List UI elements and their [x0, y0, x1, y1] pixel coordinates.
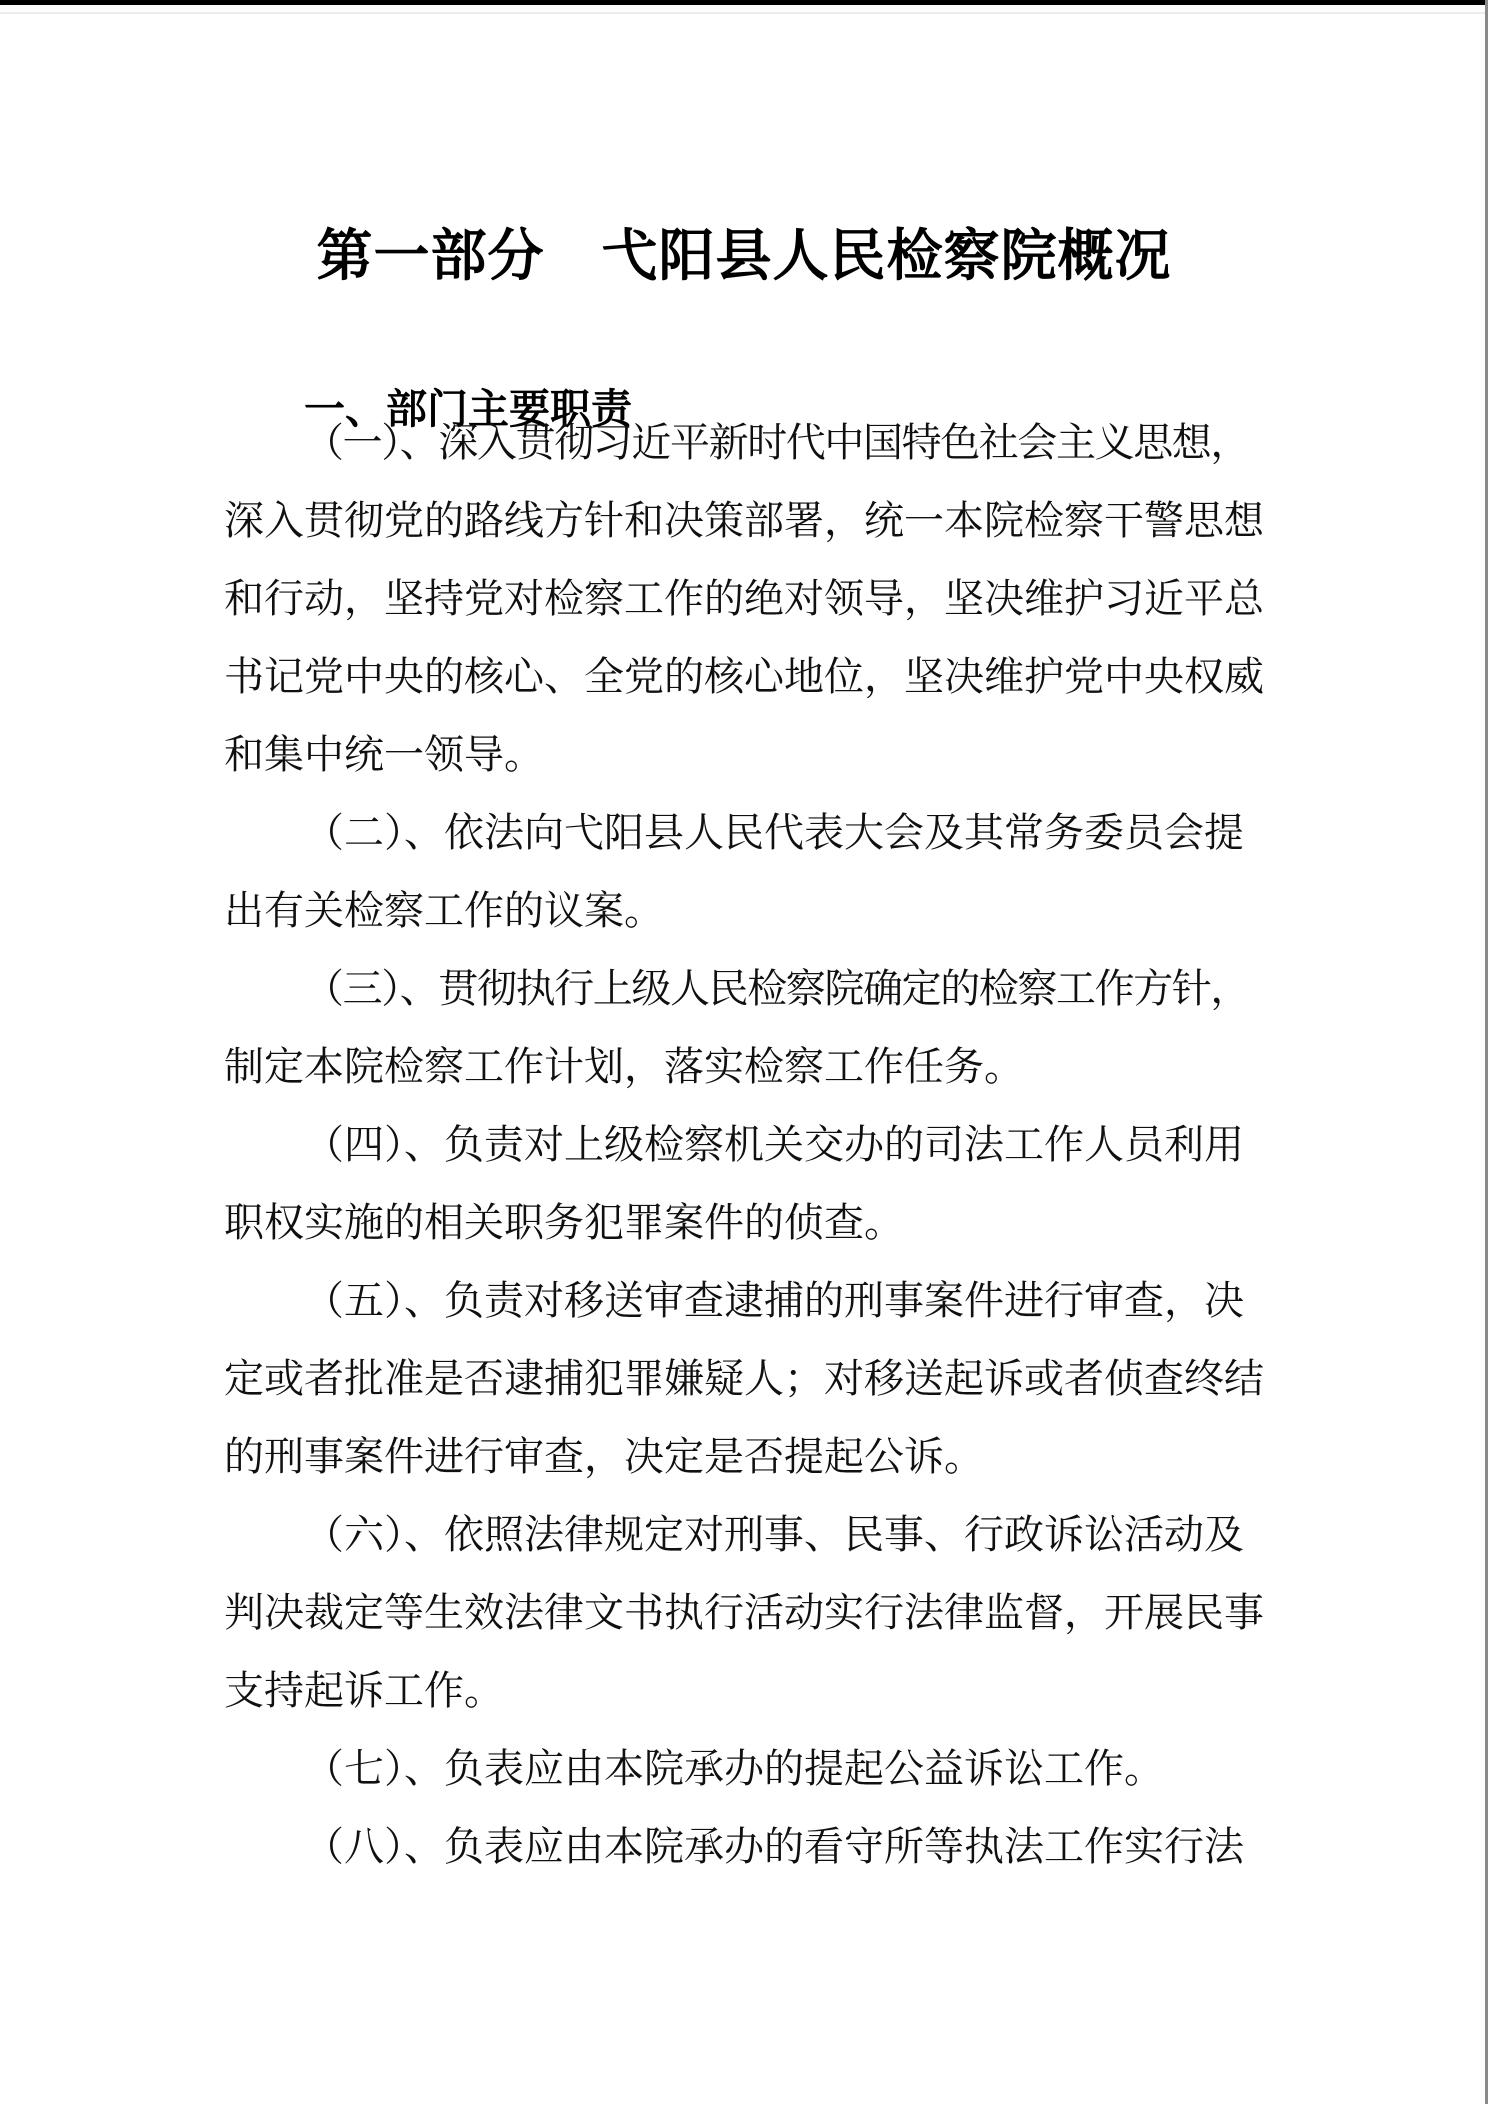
- text-line: 判决裁定等生效法律文书执行活动实行法律监督，开展民事: [224, 1574, 1268, 1652]
- text-line: 出有关检察工作的议案。: [224, 872, 1268, 950]
- text-line: （六）、依照法律规定对刑事、民事、行政诉讼活动及: [224, 1496, 1268, 1574]
- text-line: 支持起诉工作。: [224, 1652, 1268, 1730]
- page-title: 第一部分 弋阳县人民检察院概况: [0, 224, 1488, 290]
- scan-edge-top: [0, 0, 1488, 5]
- text-line: 和集中统一领导。: [224, 716, 1268, 794]
- text-line: 书记党中央的核心、全党的核心地位，坚决维护党中央权威: [224, 638, 1268, 716]
- text-line: 定或者批准是否逮捕犯罪嫌疑人；对移送起诉或者侦查终结: [224, 1340, 1268, 1418]
- text-line: 深入贯彻党的路线方针和决策部署，统一本院检察干警思想: [224, 482, 1268, 560]
- text-line: 职权实施的相关职务犯罪案件的侦查。: [224, 1184, 1268, 1262]
- text-line: （三）、贯彻执行上级人民检察院确定的检察工作方针，: [224, 950, 1268, 1028]
- text-line: （五）、负责对移送审查逮捕的刑事案件进行审查，决: [224, 1262, 1268, 1340]
- document-page: { "document": { "title": "第一部分 弋阳县人民检察院概…: [0, 0, 1488, 2104]
- text-line: （七）、负表应由本院承办的提起公益诉讼工作。: [224, 1730, 1268, 1808]
- document-body: （一）、深入贯彻习近平新时代中国特色社会主义思想，深入贯彻党的路线方针和决策部署…: [224, 404, 1268, 1886]
- text-line: （四）、负责对上级检察机关交办的司法工作人员利用: [224, 1106, 1268, 1184]
- text-line: 的刑事案件进行审查，决定是否提起公诉。: [224, 1418, 1268, 1496]
- text-line: 和行动，坚持党对检察工作的绝对领导，坚决维护习近平总: [224, 560, 1268, 638]
- text-line: 制定本院检察工作计划，落实检察工作任务。: [224, 1028, 1268, 1106]
- text-line: （一）、深入贯彻习近平新时代中国特色社会主义思想，: [224, 404, 1268, 482]
- text-line: （二）、依法向弋阳县人民代表大会及其常务委员会提: [224, 794, 1268, 872]
- text-line: （八）、负表应由本院承办的看守所等执法工作实行法: [224, 1808, 1268, 1886]
- scan-edge-top-faint-line: [0, 12, 1488, 14]
